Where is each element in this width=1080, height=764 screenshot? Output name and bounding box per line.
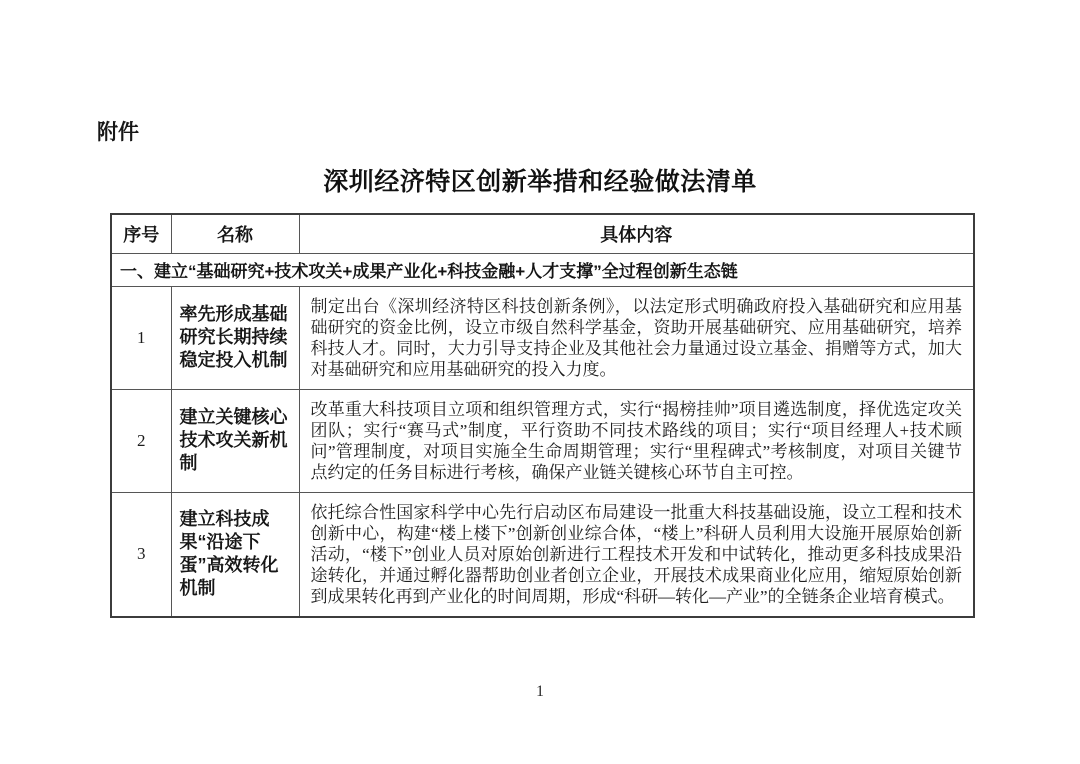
section-header-text: 一、建立“基础研究+技术攻关+成果产业化+科技金融+人才支撑”全过程创新生态链 — [111, 253, 974, 286]
row-content: 依托综合性国家科学中心先行启动区布局建设一批重大科技基础设施，设立工程和技术创新… — [299, 492, 974, 617]
row-name: 建立关键核心技术攻关新机制 — [171, 389, 299, 492]
attachment-label: 附件 — [97, 116, 139, 146]
section-row: 一、建立“基础研究+技术攻关+成果产业化+科技金融+人才支撑”全过程创新生态链 — [111, 253, 974, 286]
col-header-content: 具体内容 — [299, 214, 974, 253]
row-content: 改革重大科技项目立项和组织管理方式，实行“揭榜挂帅”项目遴选制度，择优选定攻关团… — [299, 389, 974, 492]
table-row: 1 率先形成基础研究长期持续稳定投入机制 制定出台《深圳经济特区科技创新条例》，… — [111, 286, 974, 389]
row-number: 3 — [111, 492, 171, 617]
col-header-no: 序号 — [111, 214, 171, 253]
content-table: 序号 名称 具体内容 一、建立“基础研究+技术攻关+成果产业化+科技金融+人才支… — [110, 213, 975, 618]
table-row: 2 建立关键核心技术攻关新机制 改革重大科技项目立项和组织管理方式，实行“揭榜挂… — [111, 389, 974, 492]
row-name: 建立科技成果“沿途下蛋”高效转化机制 — [171, 492, 299, 617]
page-title: 深圳经济特区创新举措和经验做法清单 — [0, 162, 1080, 198]
table-header-row: 序号 名称 具体内容 — [111, 214, 974, 253]
table-row: 3 建立科技成果“沿途下蛋”高效转化机制 依托综合性国家科学中心先行启动区布局建… — [111, 492, 974, 617]
row-number: 1 — [111, 286, 171, 389]
col-header-name: 名称 — [171, 214, 299, 253]
row-content: 制定出台《深圳经济特区科技创新条例》，以法定形式明确政府投入基础研究和应用基础研… — [299, 286, 974, 389]
page-number: 1 — [0, 683, 1080, 701]
document-page: 附件 深圳经济特区创新举措和经验做法清单 序号 名称 具体内容 一、建立“基础研… — [0, 0, 1080, 764]
row-number: 2 — [111, 389, 171, 492]
row-name: 率先形成基础研究长期持续稳定投入机制 — [171, 286, 299, 389]
table-body: 序号 名称 具体内容 一、建立“基础研究+技术攻关+成果产业化+科技金融+人才支… — [111, 214, 974, 617]
